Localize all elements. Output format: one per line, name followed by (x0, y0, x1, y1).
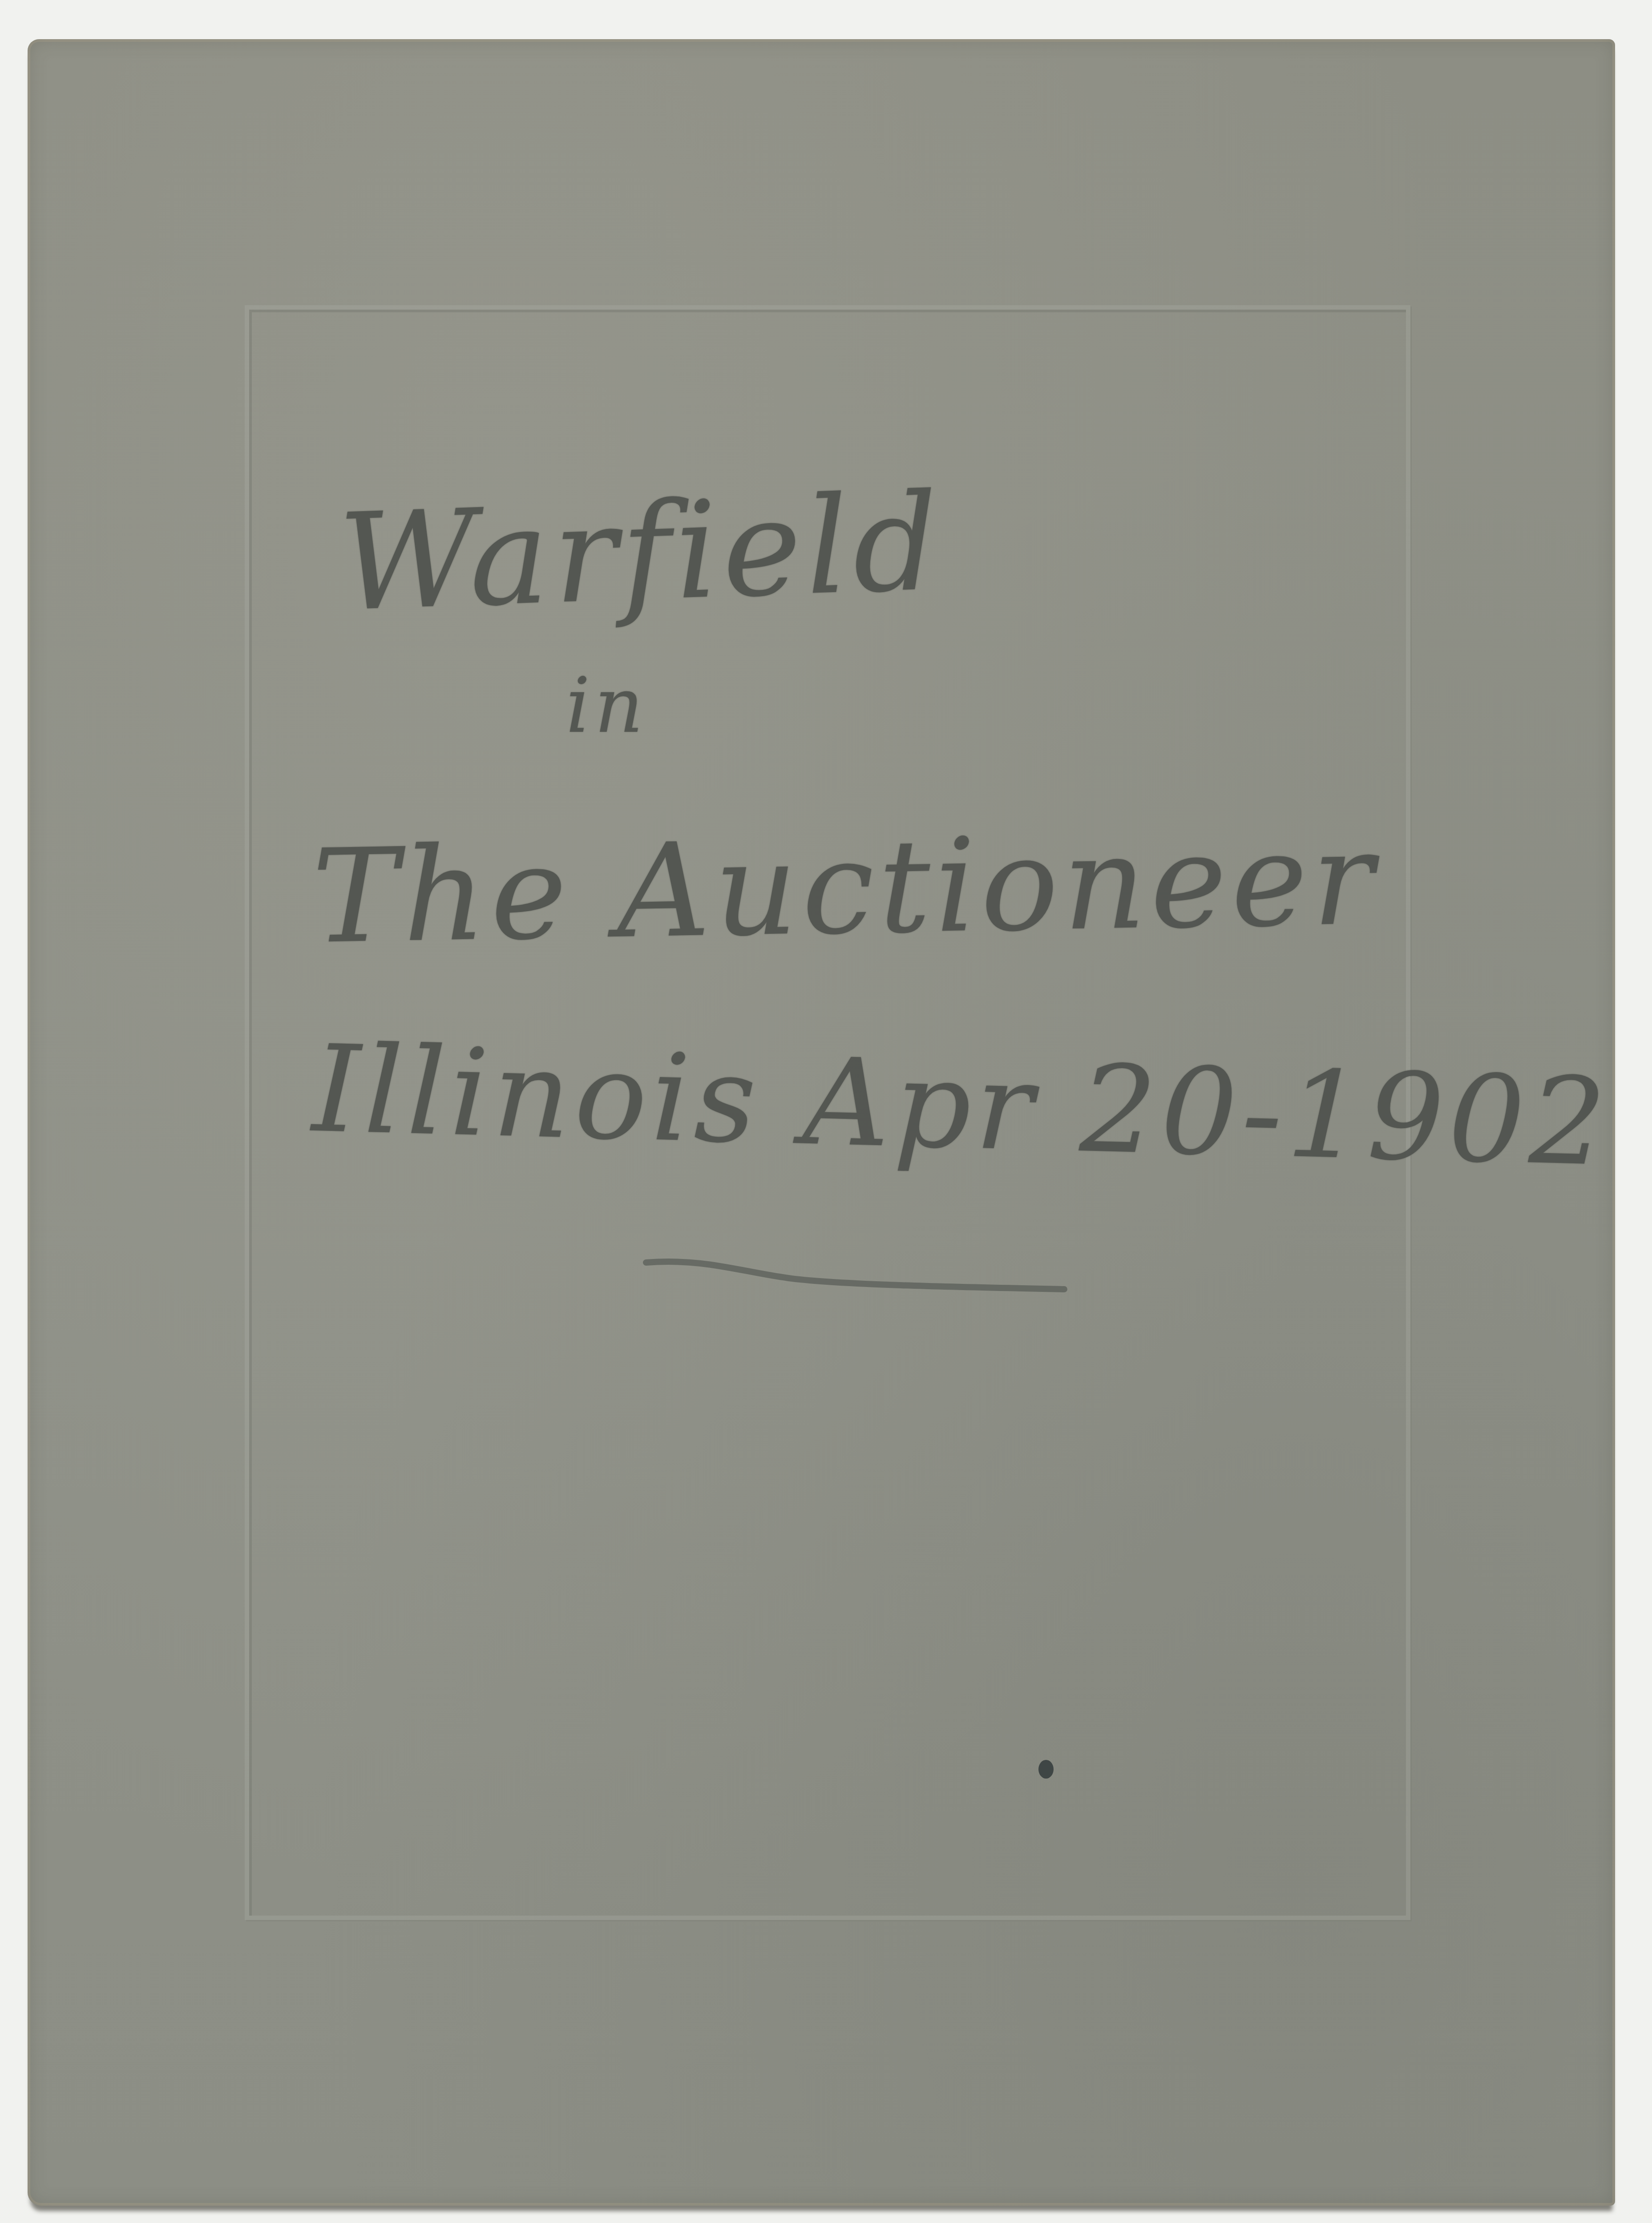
cabinet-card: Warfield in The Auctioneer Illinois Apr … (28, 39, 1615, 2206)
inscription-name: Warfield (336, 464, 945, 641)
inscription-play-title: The Auctioneer (311, 804, 1379, 972)
pencil-inscription: Warfield in The Auctioneer Illinois Apr … (28, 39, 1615, 2206)
inscription-in: in (566, 662, 648, 750)
inscription-place-date: Illinois Apr 20-1902 (311, 1019, 1612, 1193)
ink-speck (1038, 1760, 1054, 1779)
pencil-underline-flourish (642, 1254, 1069, 1294)
